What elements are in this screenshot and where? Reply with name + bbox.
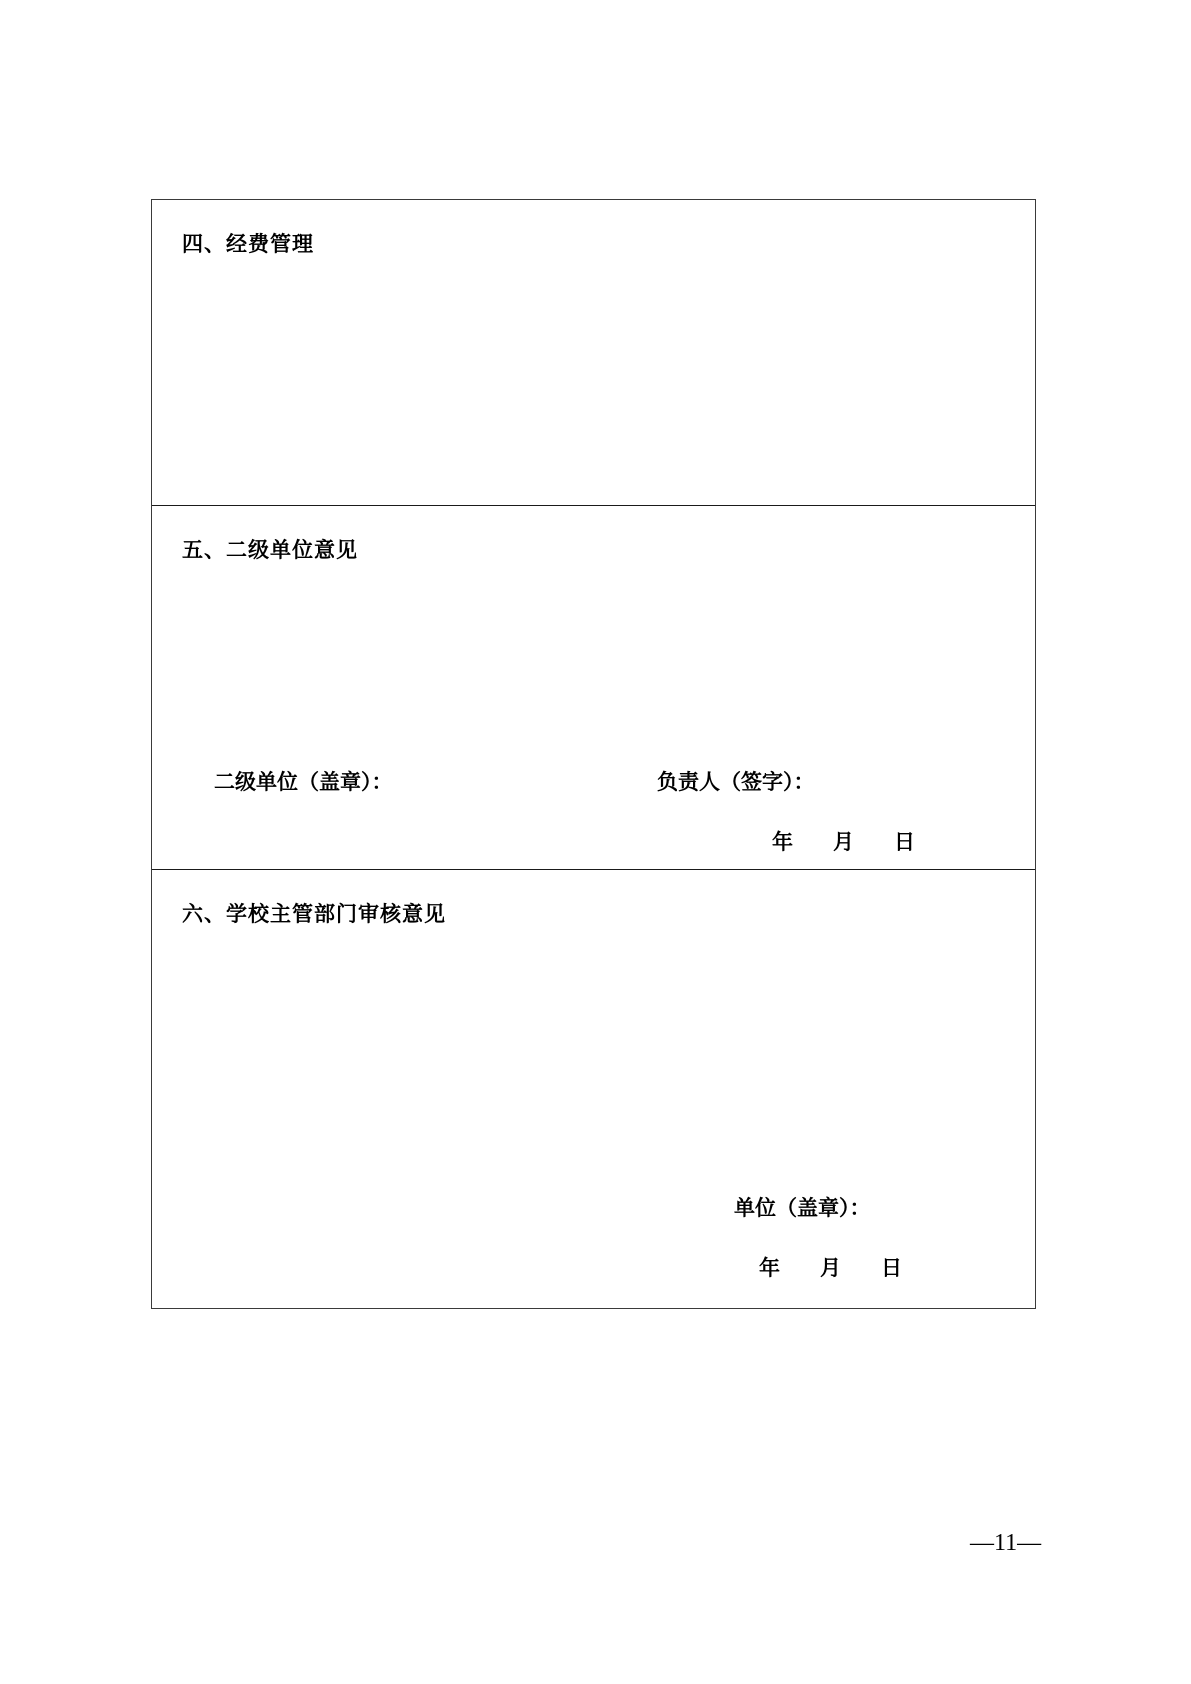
department-seal-label: 单位（盖章）： xyxy=(734,1192,871,1222)
department-date-line: 年 月 日 xyxy=(759,1252,902,1282)
date-day: 日 xyxy=(881,1252,902,1282)
application-form-table: 四、经费管理 五、二级单位意见 二级单位（盖章）： 负责人（签字）： 年 月 日… xyxy=(151,199,1036,1309)
secondary-unit-date-line: 年 月 日 xyxy=(772,826,915,856)
date-month: 月 xyxy=(820,1252,841,1282)
secondary-unit-seal-label: 二级单位（盖章）： xyxy=(214,766,393,796)
date-month: 月 xyxy=(833,826,854,856)
section-title-secondary-unit-opinion: 五、二级单位意见 xyxy=(182,534,358,564)
person-in-charge-signature-label: 负责人（签字）： xyxy=(657,766,815,796)
date-year: 年 xyxy=(772,826,793,856)
date-year: 年 xyxy=(759,1252,780,1282)
section-title-school-department-review: 六、学校主管部门审核意见 xyxy=(182,898,446,928)
section-school-department-review: 六、学校主管部门审核意见 单位（盖章）： 年 月 日 xyxy=(152,869,1035,1310)
date-day: 日 xyxy=(894,826,915,856)
section-funding-management: 四、经费管理 xyxy=(152,200,1035,505)
section-secondary-unit-opinion: 五、二级单位意见 二级单位（盖章）： 负责人（签字）： 年 月 日 xyxy=(152,505,1035,869)
page-number: —11— xyxy=(970,1530,1041,1557)
section-title-funding-management: 四、经费管理 xyxy=(182,228,314,258)
